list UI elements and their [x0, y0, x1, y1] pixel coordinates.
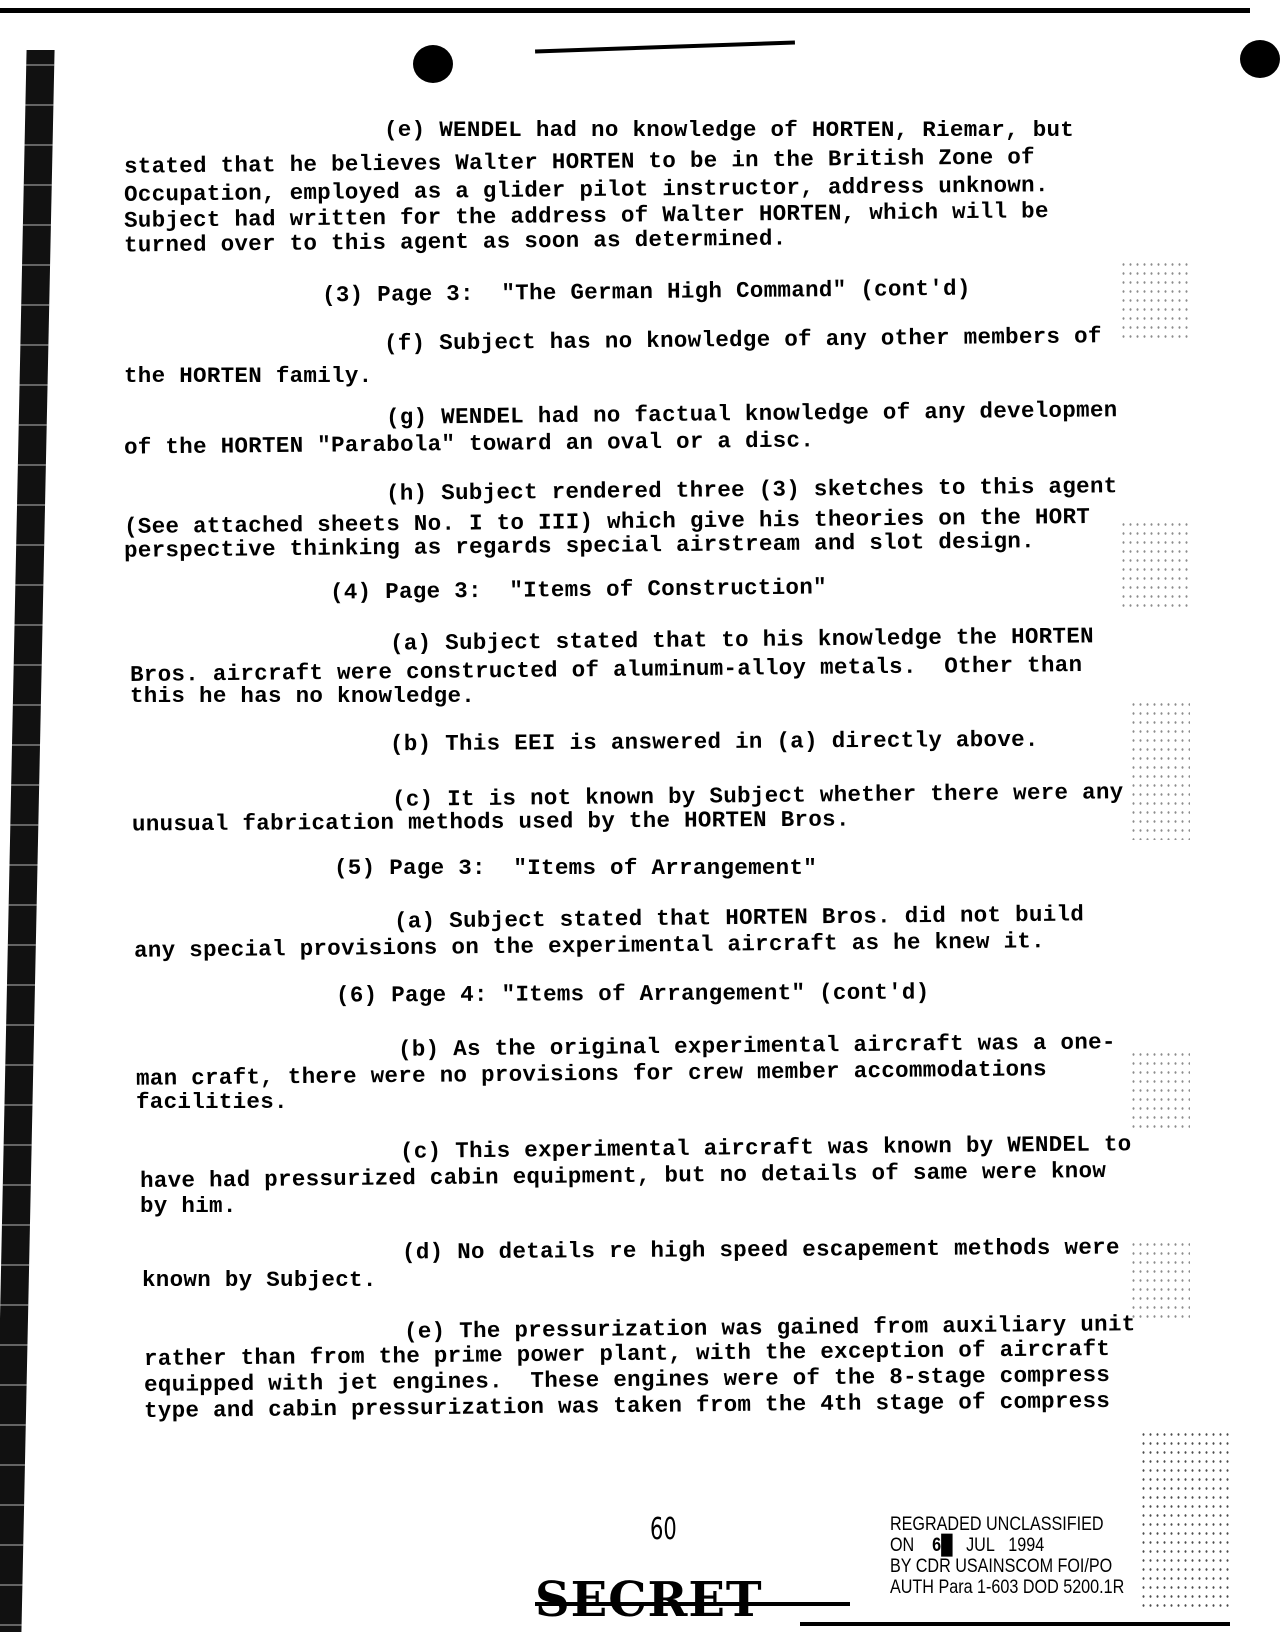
stamp-line-authority: BY CDR USAINSCOM FOI/PO	[890, 1556, 1124, 1577]
section-heading: (5) Page 3: "Items of Arrangement"	[334, 855, 817, 881]
page-number: 60	[650, 1512, 677, 1547]
text-line: have had pressurized cabin equipment, bu…	[140, 1158, 1106, 1194]
top-border-rule	[0, 8, 1250, 13]
text-line: the HORTEN family.	[124, 363, 372, 389]
text-line: (d) No details re high speed escapement …	[402, 1234, 1120, 1265]
stamp-date-month: JUL	[966, 1535, 995, 1556]
section-heading: (6) Page 4: "Items of Arrangement" (cont…	[336, 979, 930, 1008]
scan-noise	[1130, 1240, 1190, 1320]
declassification-stamp: REGRADED UNCLASSIFIED ON 6█ JUL 1994 BY …	[890, 1514, 1124, 1598]
text-line: known by Subject.	[142, 1267, 377, 1293]
classification-footer: SECRET	[535, 1572, 763, 1628]
scan-noise	[1120, 520, 1190, 610]
scan-noise	[1130, 700, 1190, 840]
text-line: (h) Subject rendered three (3) sketches …	[386, 473, 1118, 507]
text-line: (f) Subject has no knowledge of any othe…	[384, 323, 1102, 357]
stamp-date-prefix: ON	[890, 1535, 914, 1556]
scan-noise	[1120, 260, 1190, 340]
stamp-line-auth: AUTH Para 1-603 DOD 5200.1R	[890, 1577, 1124, 1598]
text-line: by him.	[140, 1193, 237, 1219]
text-line: of the HORTEN "Parabola" toward an oval …	[124, 427, 814, 460]
text-line: any special provisions on the experiment…	[134, 928, 1045, 964]
classification-footer-strike	[535, 1602, 850, 1606]
text-line: unusual fabrication methods used by the …	[132, 806, 850, 837]
section-heading: (3) Page 3: "The German High Command" (c…	[322, 276, 971, 309]
text-line: this he has no knowledge.	[130, 683, 475, 709]
text-line: (g) WENDEL had no factual knowledge of a…	[386, 397, 1118, 431]
section-heading: (4) Page 3: "Items of Construction"	[330, 574, 827, 605]
text-line: (e) WENDEL had no knowledge of HORTEN, R…	[384, 117, 1074, 143]
text-line: man craft, there were no provisions for …	[136, 1056, 1047, 1092]
stamp-date-year: 1994	[1008, 1535, 1044, 1556]
punch-hole-icon	[413, 45, 453, 83]
text-line: (a) Subject stated that to his knowledge…	[390, 623, 1094, 656]
text-line: turned over to this agent as soon as det…	[124, 226, 787, 259]
text-line: facilities.	[136, 1089, 288, 1115]
scan-noise	[1140, 1430, 1230, 1610]
scan-noise	[1130, 1050, 1190, 1130]
text-line: (b) This EEI is answered in (a) directly…	[390, 727, 1039, 758]
punch-hole-icon	[1240, 40, 1280, 78]
binding-edge-strip	[0, 50, 55, 1632]
bottom-border-rule	[800, 1622, 1230, 1626]
stamp-line-date: ON 6█ JUL 1994	[890, 1535, 1124, 1556]
stamp-date-day: 6	[932, 1535, 941, 1556]
stamp-line-regraded: REGRADED UNCLASSIFIED	[890, 1514, 1124, 1535]
